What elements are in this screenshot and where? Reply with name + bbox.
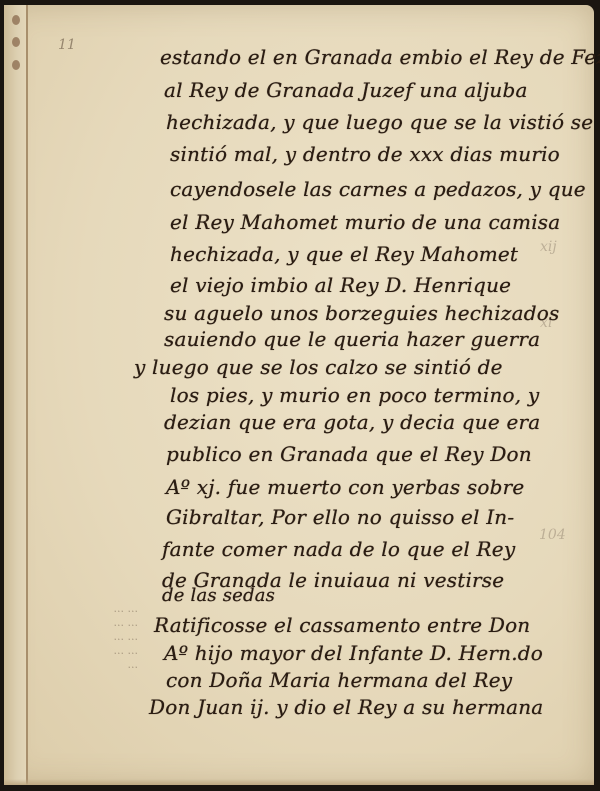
text-line: hechizada, y que luego que se la vistió …	[166, 110, 593, 134]
text-line: sauiendo que le queria hazer guerra	[164, 327, 540, 351]
text-line: con Doña Maria hermana del Rey	[166, 668, 512, 692]
text-line: sintió mal, y dentro de xxx dias murio	[170, 142, 560, 166]
text-line: fante comer nada de lo que el Rey	[162, 537, 515, 561]
text-line: y luego que se los calzo se sintió de	[134, 355, 503, 379]
text-line: los pies, y murio en poco termino, y	[170, 383, 539, 407]
manuscript-page: 11 xij xi 104 ... ... ... ... ... ... ..…	[4, 5, 594, 785]
text-line: Don Juan ij. y dio el Rey a su hermana	[149, 695, 543, 719]
text-line: cayendosele las carnes a pedazos, y que	[170, 177, 586, 201]
text-line: dezian que era gota, y decia que era	[164, 410, 540, 434]
handwritten-text-block: estando el en Granada embio el Rey de Fe…	[4, 5, 594, 785]
text-line: Aº hijo mayor del Infante D. Hern.do	[164, 641, 543, 665]
text-line: el viejo imbio al Rey D. Henrique	[170, 273, 511, 297]
text-line: de las sedas	[162, 585, 275, 606]
text-line: su aguelo unos borzeguies hechizados	[164, 301, 559, 325]
page-bottom-edge	[4, 779, 594, 785]
text-line: al Rey de Granada Juzef una aljuba	[164, 78, 528, 102]
text-line: Ratificosse el cassamento entre Don	[154, 613, 530, 637]
text-line: el Rey Mahomet murio de una camisa	[170, 210, 560, 234]
text-line: publico en Granada que el Rey Don	[166, 442, 532, 466]
text-line: estando el en Granada embio el Rey de Fe…	[160, 45, 600, 69]
text-line: Aº xj. fue muerto con yerbas sobre	[166, 475, 524, 499]
text-line: hechizada, y que el Rey Mahomet	[170, 242, 518, 266]
text-line: Gibraltar, Por ello no quisso el In-	[166, 505, 514, 529]
